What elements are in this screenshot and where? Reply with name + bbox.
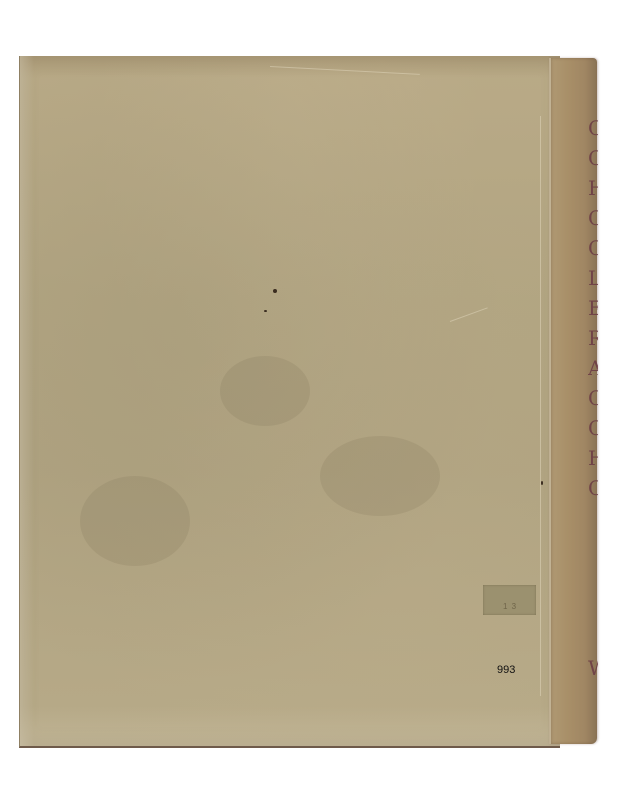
crease-line: [540, 116, 541, 696]
spine-letter: C: [588, 478, 598, 498]
spine-letter: C: [588, 238, 598, 258]
spine-letter: W: [588, 658, 598, 678]
label-patch: 1 3: [483, 585, 536, 615]
speck: [541, 481, 543, 485]
spine-letter: [588, 628, 598, 648]
spine-letter: R: [588, 328, 598, 348]
spine-letter: C: [588, 208, 598, 228]
left-edge-wear: [20, 56, 34, 746]
crease-line: [450, 307, 488, 322]
spine-letter: A: [588, 358, 598, 378]
spine-letter: H: [588, 178, 598, 198]
speck: [273, 289, 277, 293]
spine-letter: C: [588, 418, 598, 438]
spine-letter: C: [588, 118, 598, 138]
book-back-cover: 1 3 993: [19, 56, 560, 748]
spine-crease: [549, 58, 551, 744]
spine-letter: L: [588, 268, 598, 288]
stain: [220, 356, 310, 426]
spine-title-text: C C H C C L E R A C C H C W: [588, 118, 598, 678]
catalog-number: 993: [497, 664, 515, 676]
spine-letter: H: [588, 448, 598, 468]
stain: [320, 436, 440, 516]
speck: [264, 310, 267, 312]
spine-letter: [588, 568, 598, 588]
stain: [80, 476, 190, 566]
spine-letter: E: [588, 298, 598, 318]
label-patch-mark: 1 3: [503, 602, 517, 611]
crease-line: [270, 66, 420, 75]
spine-letter: C: [588, 388, 598, 408]
spine-letter: [588, 538, 598, 558]
photo-scene: 1 3 993 C C H C C L E R A C C H C W: [0, 0, 618, 800]
spine-letter: [588, 598, 598, 618]
spine-letter: C: [588, 148, 598, 168]
spine-letter: [588, 508, 598, 528]
